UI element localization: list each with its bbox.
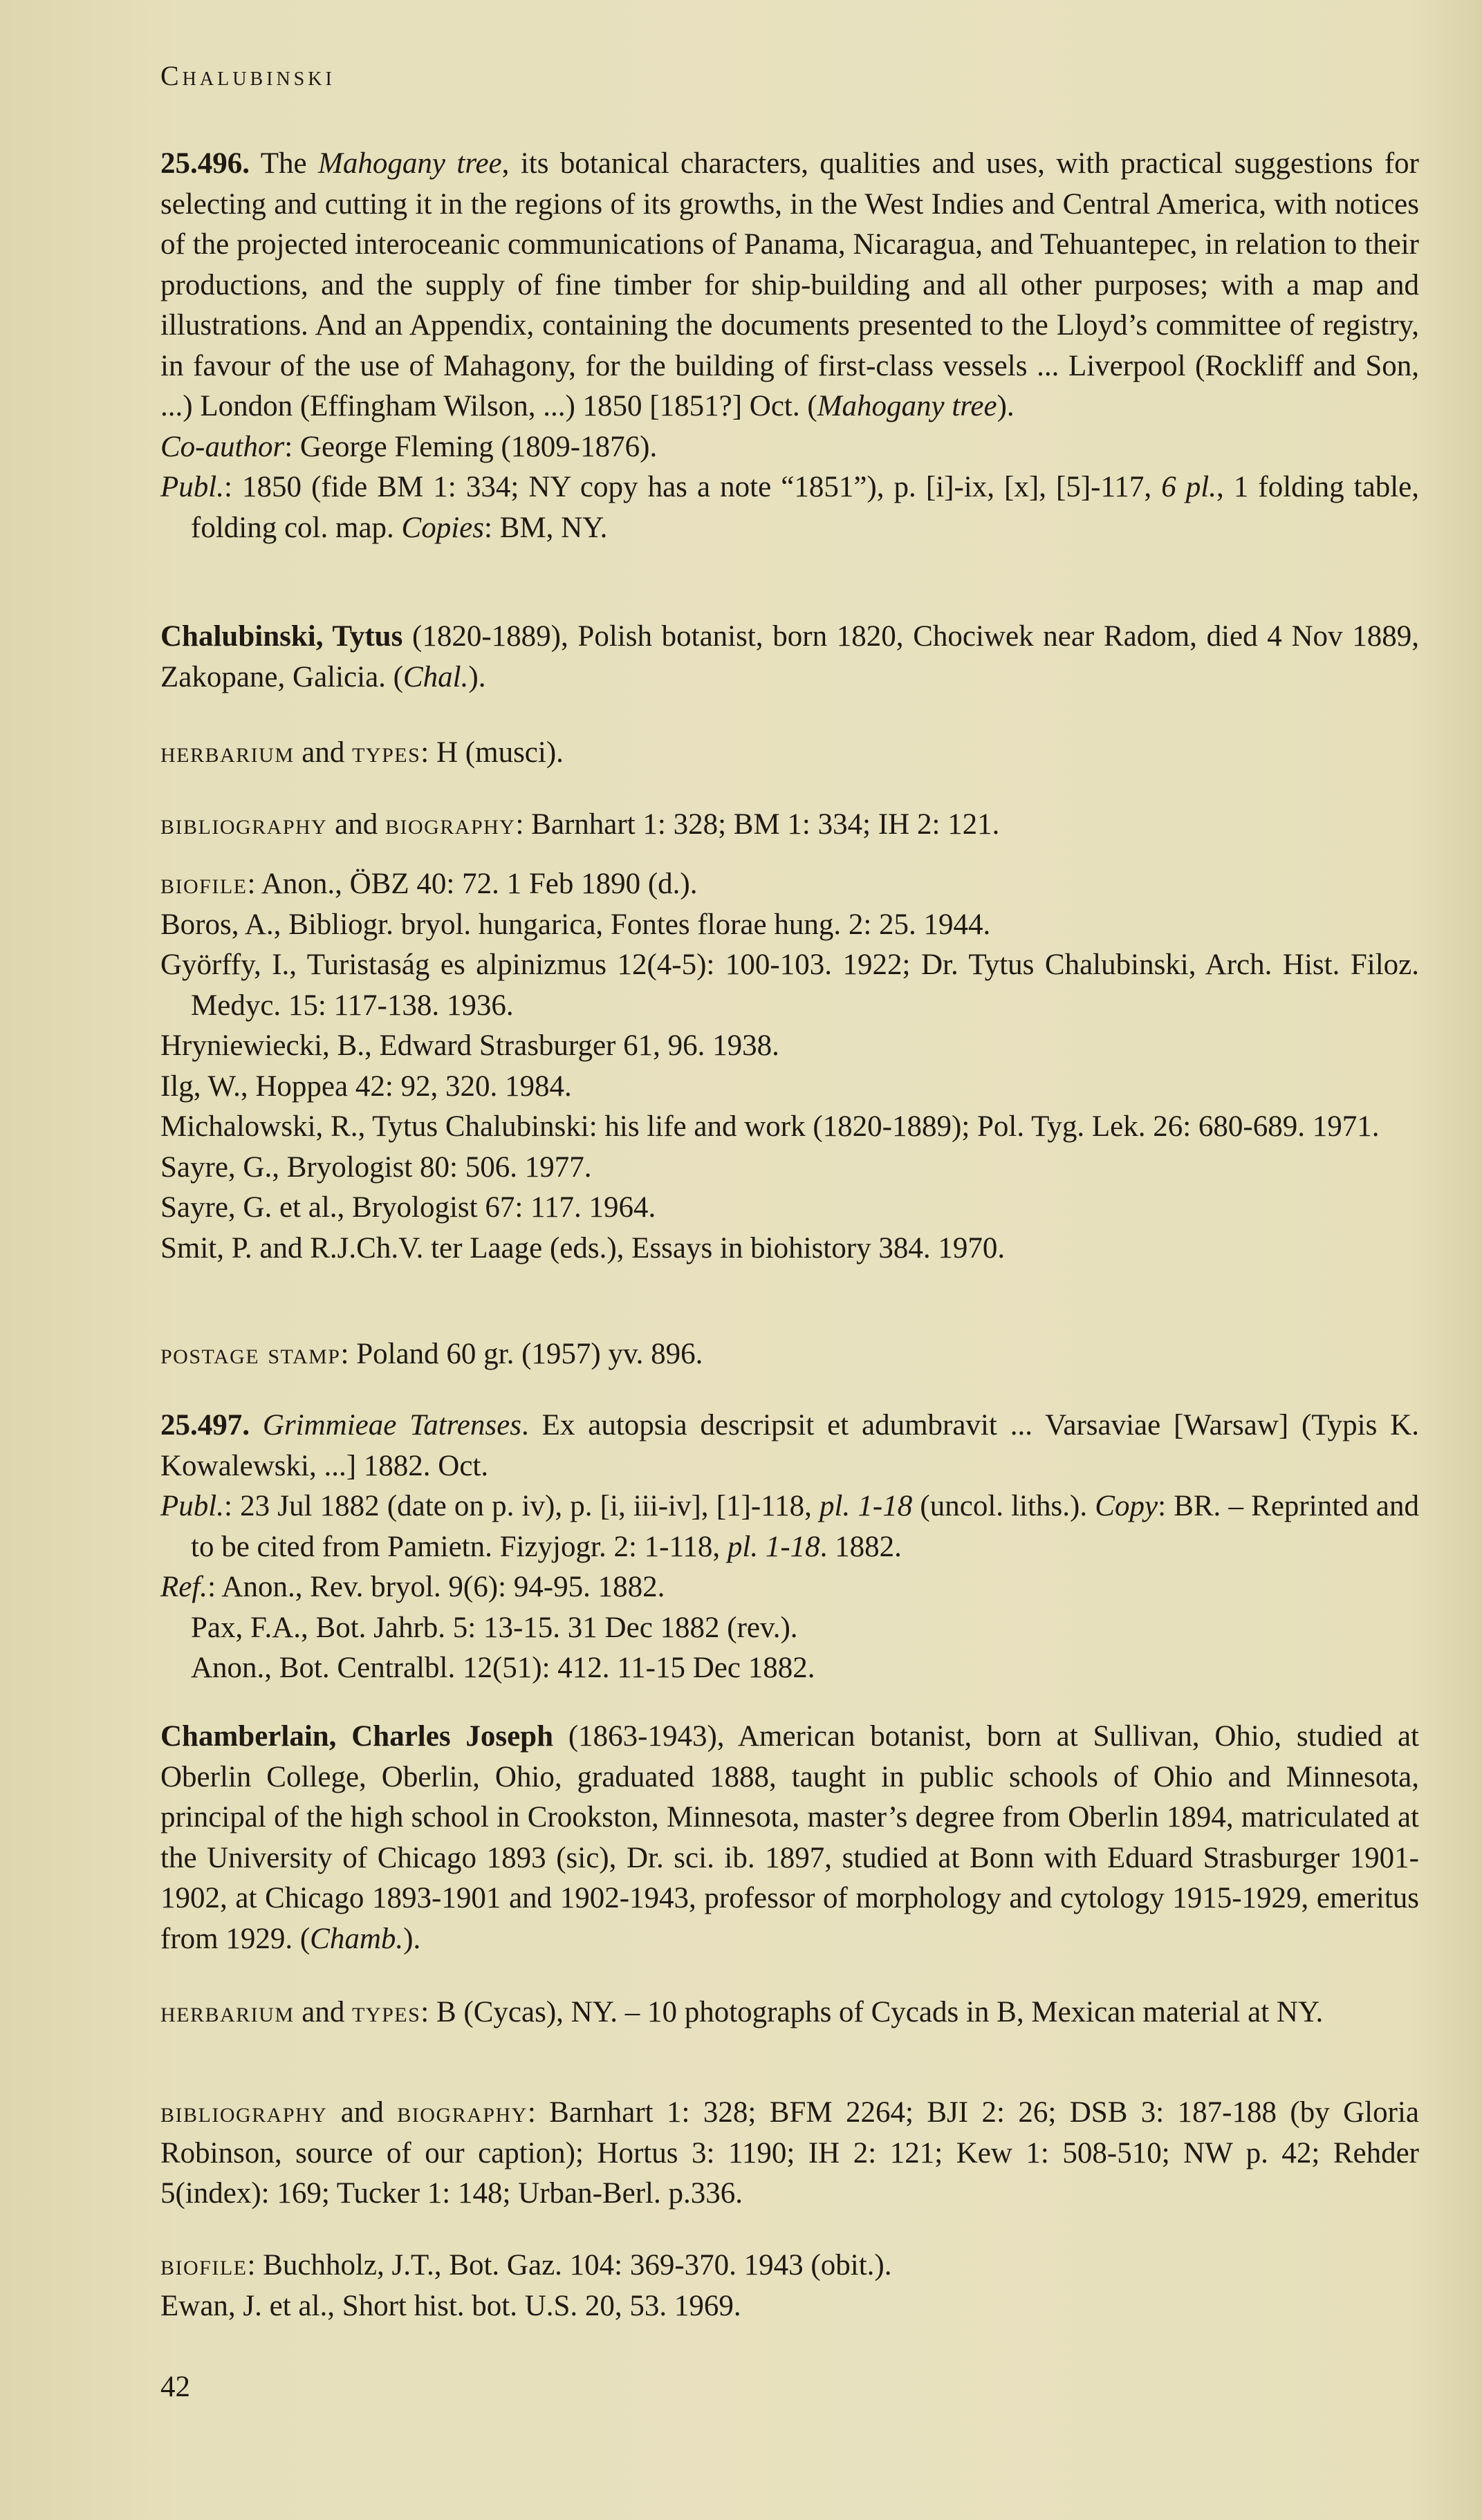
copies-label: Copies bbox=[402, 512, 484, 544]
person-abbrev: Chamb. bbox=[310, 1923, 403, 1955]
entry-abbrev: Mahogany tree bbox=[817, 390, 997, 422]
publ-label: Publ. bbox=[160, 1490, 224, 1522]
and-text: and bbox=[295, 1996, 353, 2028]
publ-plates: 6 pl. bbox=[1161, 471, 1216, 503]
bibliography-text: : Barnhart 1: 328; BM 1: 334; IH 2: 121. bbox=[515, 808, 999, 841]
entry-title: Mahogany tree bbox=[318, 147, 502, 180]
biofile-label: biofile bbox=[160, 868, 248, 900]
biofile-ref: Sayre, G., Bryologist 80: 506. 1977. bbox=[160, 1148, 1419, 1188]
biofile-label: biofile bbox=[160, 2249, 248, 2281]
publ-plates: pl. 1-18 bbox=[819, 1490, 912, 1522]
copy-plates: pl. 1-18 bbox=[728, 1531, 820, 1563]
person-bio-end: ). bbox=[468, 661, 485, 693]
chamberlain-biofile: biofile: Buchholz, J.T., Bot. Gaz. 104: … bbox=[160, 2246, 1419, 2326]
herbarium-label: herbarium bbox=[160, 1996, 295, 2028]
biofile-ref: Sayre, G. et al., Bryologist 67: 117. 19… bbox=[160, 1188, 1419, 1229]
publ-text-2: (uncol. liths.). bbox=[912, 1490, 1095, 1522]
person-name: Chalubinski, Tytus bbox=[160, 620, 402, 653]
ref-line: Ref.: Anon., Rev. bryol. 9(6): 94-95. 18… bbox=[160, 1567, 1419, 1608]
herbarium-text: : B (Cycas), NY. – 10 photographs of Cyc… bbox=[420, 1996, 1323, 2028]
bibliography-label: bibliography bbox=[160, 2096, 327, 2129]
person-abbrev: Chal. bbox=[403, 661, 468, 693]
ref-text: : Anon., Rev. bryol. 9(6): 94-95. 1882. bbox=[207, 1571, 665, 1603]
entry-number: 25.497. bbox=[160, 1409, 250, 1441]
biofile-ref: Smit, P. and R.J.Ch.V. ter Laage (eds.),… bbox=[160, 1229, 1419, 1269]
person-name: Chamberlain, Charles Joseph bbox=[160, 1720, 553, 1753]
biofile-ref: Györffy, I., Turistaság es alpinizmus 12… bbox=[160, 945, 1419, 1026]
biography-label: biography bbox=[385, 808, 516, 841]
entry-25497: 25.497. Grimmieae Tatrenses. Ex autopsia… bbox=[160, 1406, 1419, 1689]
and-text: and bbox=[327, 2096, 397, 2129]
coauthor-label: Co-author bbox=[160, 431, 284, 463]
person-bio: (1863-1943), American botanist, born at … bbox=[160, 1720, 1419, 1955]
entry-title: Grimmieae Tatrenses bbox=[263, 1409, 521, 1441]
entry-number: 25.496. bbox=[160, 147, 250, 180]
chamberlain-bibliography: bibliography and biography: Barnhart 1: … bbox=[160, 2093, 1419, 2214]
biofile-ref: : Buchholz, J.T., Bot. Gaz. 104: 369-370… bbox=[248, 2249, 892, 2281]
copy-label: Copy bbox=[1095, 1490, 1158, 1522]
person-bio-end: ). bbox=[403, 1923, 420, 1955]
biofile-ref: Hryniewiecki, B., Edward Strasburger 61,… bbox=[160, 1026, 1419, 1067]
chalubinski-bibliography: bibliography and biography: Barnhart 1: … bbox=[160, 805, 1419, 846]
ref-item: Pax, F.A., Bot. Jahrb. 5: 13-15. 31 Dec … bbox=[160, 1608, 1419, 1649]
coauthor-line: Co-author: George Fleming (1809-1876). bbox=[160, 427, 1419, 468]
chamberlain-bio: Chamberlain, Charles Joseph (1863-1943),… bbox=[160, 1717, 1419, 1959]
ref-label: Ref. bbox=[160, 1571, 207, 1603]
running-head: Chalubinski bbox=[160, 59, 335, 92]
publ-line: Publ.: 1850 (fide BM 1: 334; NY copy has… bbox=[160, 467, 1419, 548]
publ-text: : 1850 (fide BM 1: 334; NY copy has a no… bbox=[224, 471, 1161, 503]
biography-label: biography bbox=[397, 2096, 528, 2129]
entry-25496: 25.496. The Mahogany tree, its botanical… bbox=[160, 144, 1419, 548]
chalubinski-herbarium: herbarium and types: H (musci). bbox=[160, 733, 1419, 774]
entry-body-end: ). bbox=[997, 390, 1015, 422]
chalubinski-bio: Chalubinski, Tytus (1820-1889), Polish b… bbox=[160, 617, 1419, 698]
copy-end: . 1882. bbox=[820, 1531, 902, 1563]
biofile-ref: : Anon., ÖBZ 40: 72. 1 Feb 1890 (d.). bbox=[248, 868, 698, 900]
and-text: and bbox=[295, 736, 353, 769]
entry-body: , its botanical characters, qualities an… bbox=[160, 147, 1419, 422]
publ-label: Publ. bbox=[160, 471, 224, 503]
and-text: and bbox=[327, 808, 385, 841]
page-number: 42 bbox=[160, 2370, 190, 2404]
coauthor-text: : George Fleming (1809-1876). bbox=[284, 431, 657, 463]
postage-stamp-label: postage stamp bbox=[160, 1338, 341, 1370]
biofile-ref: Boros, A., Bibliogr. bryol. hungarica, F… bbox=[160, 905, 1419, 946]
herbarium-text: : H (musci). bbox=[420, 736, 564, 769]
biofile-ref: Michalowski, R., Tytus Chalubinski: his … bbox=[160, 1107, 1419, 1148]
copies-text: : BM, NY. bbox=[484, 512, 607, 544]
publ-line: Publ.: 23 Jul 1882 (date on p. iv), p. [… bbox=[160, 1486, 1419, 1567]
biofile-ref: Ilg, W., Hoppea 42: 92, 320. 1984. bbox=[160, 1067, 1419, 1108]
types-label: types bbox=[352, 1996, 420, 2028]
chamberlain-herbarium: herbarium and types: B (Cycas), NY. – 10… bbox=[160, 1992, 1419, 2033]
chalubinski-biofile: biofile: Anon., ÖBZ 40: 72. 1 Feb 1890 (… bbox=[160, 864, 1419, 1269]
postage-stamp-text: : Poland 60 gr. (1957) yv. 896. bbox=[341, 1338, 703, 1370]
herbarium-label: herbarium bbox=[160, 736, 295, 769]
ref-item: Anon., Bot. Centralbl. 12(51): 412. 11-1… bbox=[160, 1648, 1419, 1689]
biofile-ref: Ewan, J. et al., Short hist. bot. U.S. 2… bbox=[160, 2286, 1419, 2327]
bibliography-label: bibliography bbox=[160, 808, 327, 841]
types-label: types bbox=[352, 736, 420, 769]
publ-text: : 23 Jul 1882 (date on p. iv), p. [i, ii… bbox=[224, 1490, 819, 1522]
title-pre: The bbox=[261, 147, 307, 180]
chalubinski-postage-stamp: postage stamp: Poland 60 gr. (1957) yv. … bbox=[160, 1334, 1419, 1375]
